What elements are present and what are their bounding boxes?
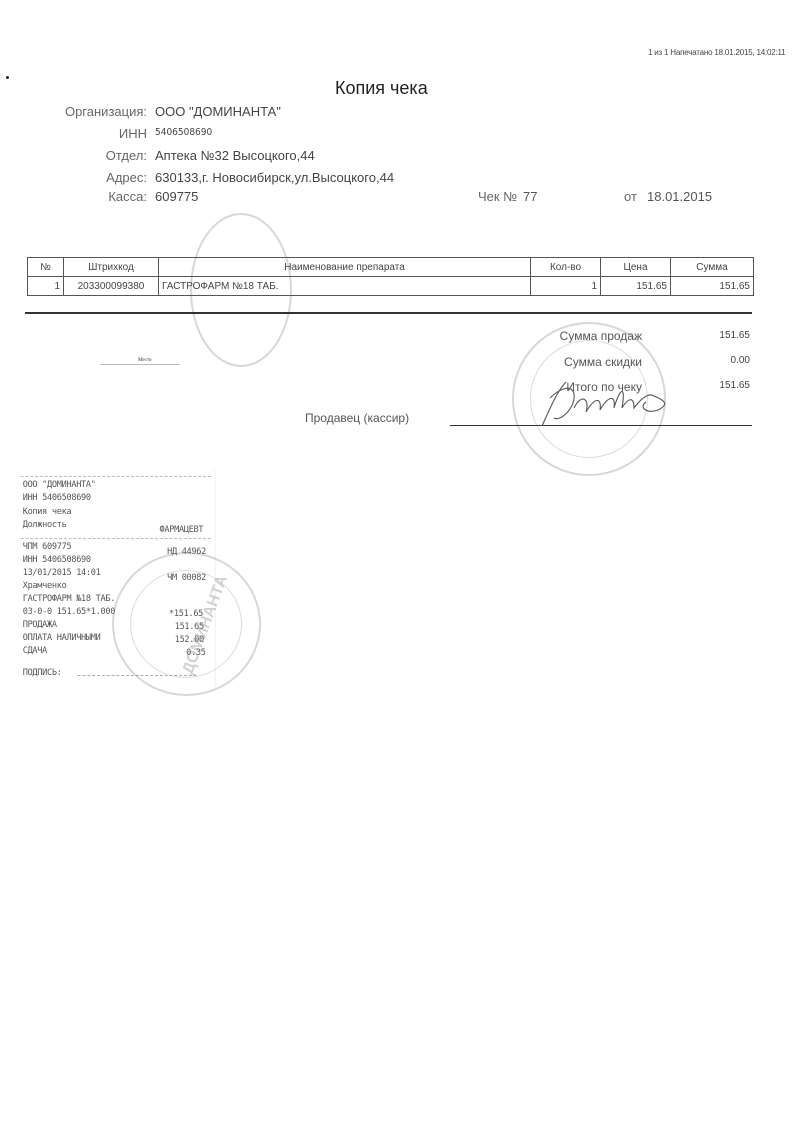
address-value: 630133,г. Новосибирск,ул.Высоцкого,44 (155, 170, 394, 185)
org-label: Организация: (37, 104, 147, 119)
receipt-position-value: ФАРМАЦЕВТ (160, 525, 204, 535)
receipt-cash-label: ОПЛАТА НАЛИЧНЫМИ (23, 633, 101, 643)
total-discount-label: Сумма скидки (512, 355, 642, 369)
table-row: 1 203300099380 ГАСТРОФАРМ №18 ТАБ. 1 151… (28, 277, 754, 296)
place-label: Место (138, 358, 152, 363)
seller-label: Продавец (кассир) (305, 411, 409, 425)
receipt-item-line: 03-0-0 151.65*1.000 (23, 607, 115, 617)
receipt-item: ГАСТРОФАРМ №18 ТАБ. (23, 594, 115, 604)
col-header-no: № (28, 258, 64, 277)
total-check-value: 151.65 (690, 380, 750, 391)
col-header-name: Наименование препарата (159, 258, 531, 277)
org-value: ООО "ДОМИНАНТА" (155, 104, 281, 119)
cell-qty: 1 (531, 277, 601, 296)
kassa-label: Касса: (37, 189, 147, 204)
receipt-copy: Копия чека (23, 507, 72, 517)
date-value: 18.01.2015 (647, 189, 712, 204)
page-title: Копия чека (335, 78, 428, 99)
col-header-price: Цена (601, 258, 671, 277)
cell-price: 151.65 (601, 277, 671, 296)
receipt-signature-label: ПОДПИСЬ: (23, 668, 62, 678)
cell-no: 1 (28, 277, 64, 296)
handwritten-signature (530, 378, 680, 428)
receipt-inn2: ИНН 5406508690 (23, 555, 91, 565)
printed-meta: 1 из 1 Напечатано 18.01.2015, 14:02:11 (648, 48, 785, 57)
inn-value: 5406508690 (155, 127, 212, 138)
col-header-sum: Сумма (671, 258, 754, 277)
inn-label: ИНН (37, 126, 147, 141)
check-number-value: 77 (523, 189, 537, 204)
cell-sum: 151.65 (671, 277, 754, 296)
total-sales-value: 151.65 (690, 330, 750, 341)
total-sales-label: Сумма продаж (512, 329, 642, 343)
cell-barcode: 203300099380 (64, 277, 159, 296)
receipt-org: ООО "ДОМИНАНТА" (23, 480, 96, 490)
kassa-value: 609775 (155, 189, 198, 204)
divider (25, 312, 752, 314)
cell-name: ГАСТРОФАРМ №18 ТАБ. (159, 277, 531, 296)
items-table: № Штрихкод Наименование препарата Кол-во… (27, 257, 754, 296)
stamp-seal-receipt: ДОМИНАНТА (112, 552, 261, 696)
check-number-label: Чек № (478, 189, 517, 204)
scan-artifact (6, 76, 9, 79)
receipt-datetime: 13/01/2015 14:01 (23, 568, 101, 578)
col-header-barcode: Штрихкод (64, 258, 159, 277)
receipt-sale-label: ПРОДАЖА (23, 620, 57, 630)
receipt-kkm: ЧПМ 609775 (23, 542, 72, 552)
receipt-dash-divider (21, 538, 211, 539)
department-label: Отдел: (37, 148, 147, 163)
total-discount-value: 0.00 (690, 355, 750, 366)
table-header-row: № Штрихкод Наименование препарата Кол-во… (28, 258, 754, 277)
col-header-qty: Кол-во (531, 258, 601, 277)
receipt-dash-divider (21, 476, 211, 477)
place-line (100, 364, 180, 365)
date-label: от (624, 189, 637, 204)
receipt-position-label: Должность (23, 520, 67, 530)
receipt-cashier: Храмченко (23, 581, 67, 591)
address-label: Адрес: (37, 170, 147, 185)
department-value: Аптека №32 Высоцкого,44 (155, 148, 315, 163)
receipt-inn: ИНН 5406508690 (23, 493, 91, 503)
receipt-change-label: СДАЧА (23, 646, 47, 656)
